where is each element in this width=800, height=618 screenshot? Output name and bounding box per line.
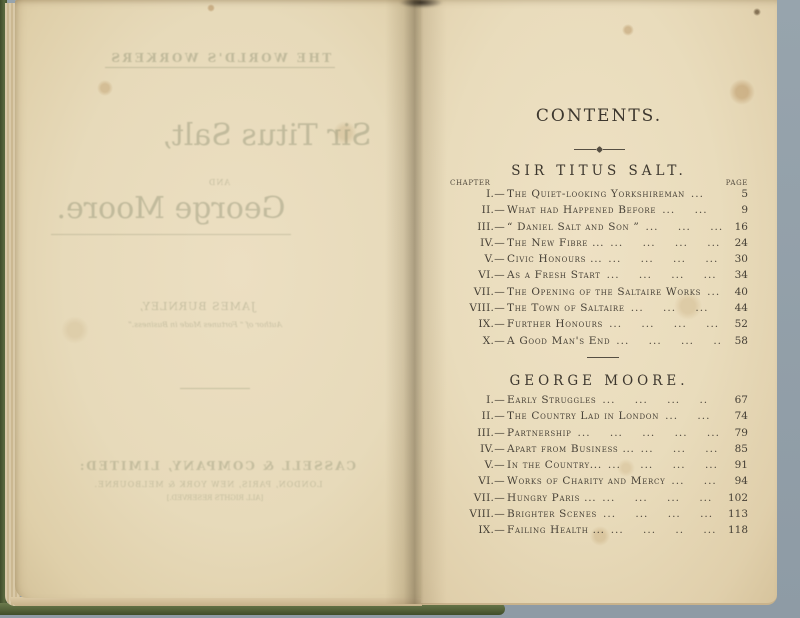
toc-entry-number: IX.— <box>450 522 505 538</box>
toc-entry-title: Further Honours <box>505 316 603 332</box>
toc-entry-number: VI.— <box>450 473 505 489</box>
showthrough-book-title-2: George Moore. <box>51 191 291 235</box>
toc-entry: V.— In the Country... ... ... ... ... ..… <box>450 457 748 473</box>
toc-entry-leaders: ... ... ... <box>659 408 722 424</box>
toc-entry-leaders: ... ... ... <box>656 202 722 218</box>
ornament-rule <box>450 147 748 152</box>
toc-entry-page: 5 <box>722 186 748 202</box>
toc-entry-title: The Opening of the Saltaire Works <box>505 284 701 300</box>
toc-entry-page: 44 <box>722 300 748 316</box>
toc-entry-title: “ Daniel Salt and Son ” <box>505 219 640 235</box>
toc-entry: IX.— Further Honours ... ... ... ... ...… <box>450 316 748 332</box>
toc-entry-number: II.— <box>450 408 505 424</box>
toc-entry-title: The Town of Saltaire <box>505 300 625 316</box>
toc-entry-number: I.— <box>450 392 505 408</box>
toc-entry: I.— Early Struggles ... ... ... .. ... 6… <box>450 392 748 408</box>
toc-entry-leaders: ... ... ... <box>665 473 722 489</box>
right-page: CONTENTS. SIR TITUS SALT. CHAPTER PAGE I… <box>421 0 777 605</box>
toc-entry-title: The Country Lad in London <box>505 408 659 424</box>
showthrough-author-note: Author of “ Fortunes Made in Business.” <box>115 320 295 329</box>
toc-entry-leaders: ... ... ... ... ... <box>610 333 722 349</box>
toc-entry-title: Works of Charity and Mercy <box>505 473 665 489</box>
toc-entry: V.— Civic Honours ... ... ... ... ... ..… <box>450 251 748 267</box>
toc-entry: IV.— Apart from Business ... ... ... ...… <box>450 441 748 457</box>
toc-entry-page: 40 <box>722 284 748 300</box>
toc-entry-page: 58 <box>722 333 748 349</box>
contents-heading: CONTENTS. <box>450 106 748 126</box>
showthrough-series-title: THE WORLD'S WORKERS <box>105 51 335 68</box>
showthrough-publisher-cities: LONDON, PARIS, NEW YORK & MELBOURNE. <box>68 480 348 489</box>
toc-entry: VII.— Hungry Paris ... ... ... ... ... .… <box>450 490 748 506</box>
toc-entry-leaders: ... ... ... ... <box>625 300 722 316</box>
toc-entry-title: In the Country... <box>505 457 602 473</box>
toc-entry-number: VII.— <box>450 490 505 506</box>
toc-entry-page: 30 <box>722 251 748 267</box>
ornament-diamond-icon <box>595 146 602 153</box>
toc-entry: VIII.— The Town of Saltaire ... ... ... … <box>450 300 748 316</box>
toc-entry-page: 67 <box>722 392 748 408</box>
toc-entry-page: 34 <box>722 267 748 283</box>
toc-section-2-entries: I.— Early Struggles ... ... ... .. ... 6… <box>450 392 748 539</box>
showthrough-and: AND <box>169 178 269 187</box>
toc-entry-leaders: ... ... ... ... ... <box>602 251 722 267</box>
toc-entry-leaders: ... ... ... .. ... <box>596 392 722 408</box>
toc-entry-number: VIII.— <box>450 300 505 316</box>
toc-entry: VI.— Works of Charity and Mercy ... ... … <box>450 473 748 489</box>
toc-entry-page: 16 <box>722 219 748 235</box>
toc-entry: I.— The Quiet-looking Yorkshireman ... .… <box>450 186 748 202</box>
toc-entry-title: Brighter Scenes <box>505 506 597 522</box>
ornament-line <box>603 149 625 151</box>
toc-entry-leaders: ... ... ... .. <box>640 219 723 235</box>
toc-entry: II.— The Country Lad in London ... ... .… <box>450 408 748 424</box>
toc-entry-page: 113 <box>722 506 748 522</box>
toc-entry-page: 52 <box>722 316 748 332</box>
toc-entry-number: IV.— <box>450 441 505 457</box>
ornament-line <box>574 149 596 151</box>
toc-entry-title: Civic Honours ... <box>505 251 602 267</box>
toc-entry-number: V.— <box>450 251 505 267</box>
toc-entry-title: Hungry Paris ... <box>505 490 596 506</box>
toc-entry-number: X.— <box>450 333 505 349</box>
toc-entry-page: 85 <box>722 441 748 457</box>
showthrough-rights: [ALL RIGHTS RESERVED.] <box>125 494 305 502</box>
toc-entry-title: The Quiet-looking Yorkshireman <box>505 186 685 202</box>
toc-entry-number: III.— <box>450 425 505 441</box>
toc-entry: IX.— Failing Health ... ... ... .. ... .… <box>450 522 748 538</box>
toc-entry-title: As a Fresh Start <box>505 267 601 283</box>
section-heading-sir-titus-salt: SIR TITUS SALT. <box>450 163 748 179</box>
toc-entry: VII.— The Opening of the Saltaire Works … <box>450 284 748 300</box>
toc-entry-leaders: ... ... <box>701 284 722 300</box>
toc-entry-number: I.— <box>450 186 505 202</box>
toc-entry-title: What had Happened Before <box>505 202 656 218</box>
section-heading-george-moore: GEORGE MOORE. <box>450 373 748 389</box>
toc-entry-leaders: ... ... ... ... ... <box>601 267 722 283</box>
toc-entry-leaders: ... ... ... ... ... ... <box>572 425 722 441</box>
toc-entry-number: II.— <box>450 202 505 218</box>
toc-entry-number: VIII.— <box>450 506 505 522</box>
toc-entry-number: VI.— <box>450 267 505 283</box>
toc-entry-leaders: ... ... ... ... .. <box>597 506 722 522</box>
toc-entry-page: 118 <box>722 522 748 538</box>
toc-entry-page: 91 <box>722 457 748 473</box>
toc-entry-title: Early Struggles <box>505 392 596 408</box>
toc-entry: III.— “ Daniel Salt and Son ” ... ... ..… <box>450 219 748 235</box>
toc-entry-page: 79 <box>722 425 748 441</box>
showthrough-book-title-1: Sir Titus Salt, <box>147 118 387 153</box>
toc-section-1-entries: I.— The Quiet-looking Yorkshireman ... .… <box>450 186 748 349</box>
toc-entry-number: IX.— <box>450 316 505 332</box>
toc-entry-page: 94 <box>722 473 748 489</box>
toc-entry: VIII.— Brighter Scenes ... ... ... ... .… <box>450 506 748 522</box>
toc-entry-title: Partnership <box>505 425 572 441</box>
toc-entry-leaders: ... ... ... ... ... <box>596 490 722 506</box>
toc-entry: IV.— The New Fibre ... ... ... ... ... .… <box>450 235 748 251</box>
toc-entry-leaders: ... ... ... ... <box>635 441 722 457</box>
toc-entry-title: A Good Man's End <box>505 333 610 349</box>
toc-entry-page: 24 <box>722 235 748 251</box>
toc-entry: II.— What had Happened Before ... ... ..… <box>450 202 748 218</box>
book-scan: THE WORLD'S WORKERS Sir Titus Salt, AND … <box>0 0 800 618</box>
page-stack-bottom-edge <box>10 597 422 606</box>
toc-entry-leaders: ... ... ... ... ... <box>603 316 722 332</box>
toc-entry-leaders: ... ... ... ... ... <box>604 235 722 251</box>
showthrough-rule <box>180 388 250 389</box>
toc-entry-leaders: ... ... .. ... .. <box>605 522 722 538</box>
toc-entry-number: IV.— <box>450 235 505 251</box>
toc-entry-page: 9 <box>722 202 748 218</box>
page-block-fore-edge <box>776 0 800 604</box>
toc-entry-page: 102 <box>722 490 748 506</box>
section-divider-rule <box>587 357 619 358</box>
left-page: THE WORLD'S WORKERS Sir Titus Salt, AND … <box>15 0 421 598</box>
toc-entry-title: Failing Health ... <box>505 522 605 538</box>
toc-entry: III.— Partnership ... ... ... ... ... ..… <box>450 425 748 441</box>
toc-entry-leaders: ... ... ... ... ... <box>602 457 722 473</box>
toc-entry-number: III.— <box>450 219 505 235</box>
showthrough-author: JAMES BURNLEY, <box>107 300 287 313</box>
toc-entry-title: Apart from Business ... <box>505 441 635 457</box>
toc-entry-title: The New Fibre ... <box>505 235 604 251</box>
toc-entry-leaders: ... ... <box>685 186 722 202</box>
showthrough-publisher: CASSELL & COMPANY, LIMITED: <box>77 459 357 473</box>
toc-entry-number: V.— <box>450 457 505 473</box>
toc-entry: VI.— As a Fresh Start ... ... ... ... ..… <box>450 267 748 283</box>
toc-entry-number: VII.— <box>450 284 505 300</box>
toc-entry: X.— A Good Man's End ... ... ... ... ...… <box>450 333 748 349</box>
toc-entry-page: 74 <box>722 408 748 424</box>
